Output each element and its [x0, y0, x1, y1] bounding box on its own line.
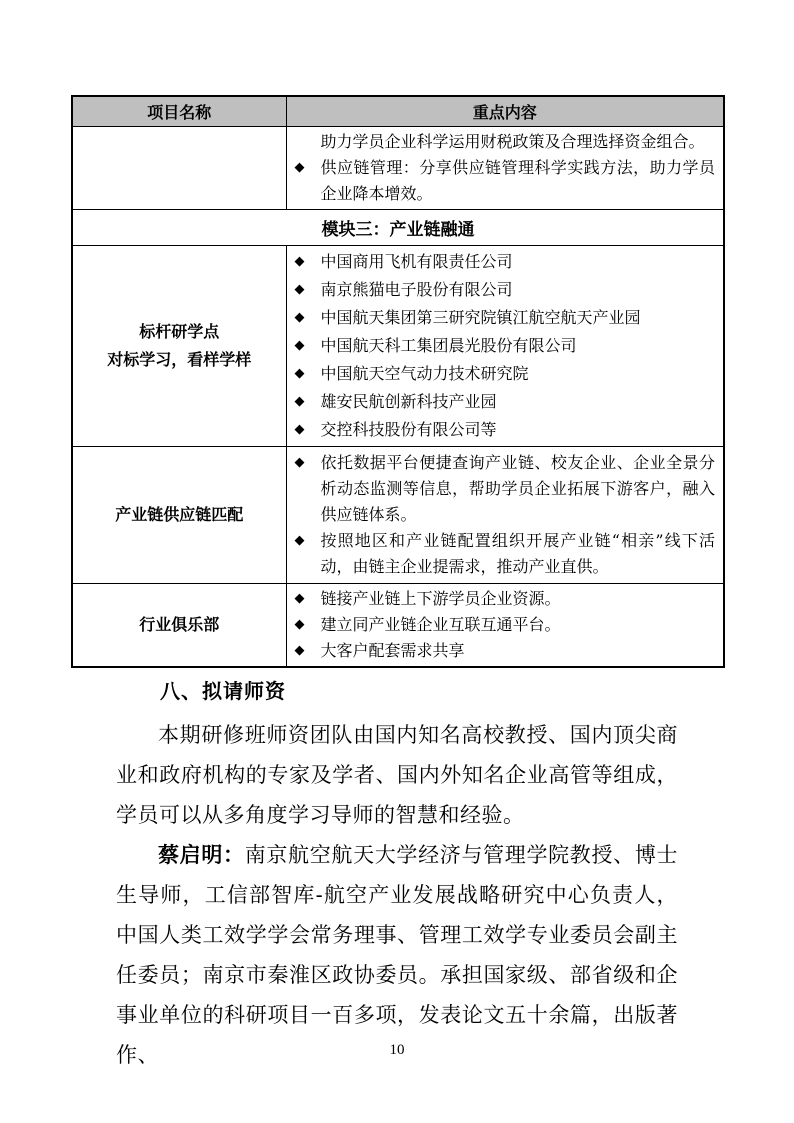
- table-header-row: 项目名称 重点内容: [72, 96, 724, 126]
- table-header-key-content: 重点内容: [286, 96, 724, 126]
- list-item: ◆ 供应链管理：分享供应链管理科学实践方法，助力学员企业降本增效。: [295, 155, 716, 207]
- list-item: ◆ 交控科技股份有限公司等: [295, 416, 716, 444]
- diamond-bullet-icon: ◆: [295, 389, 321, 415]
- bullet-text: 建立同产业链企业互联互通平台。: [321, 612, 716, 638]
- diamond-bullet-icon: ◆: [295, 417, 321, 443]
- diamond-bullet-icon: ◆: [295, 528, 321, 554]
- carryover-continuation-line: 助力学员企业科学运用财税政策及合理选择资金组合。: [295, 129, 716, 155]
- list-item: ◆ 中国航天科工集团晨光股份有限公司: [295, 332, 716, 360]
- list-item: ◆ 按照地区和产业链配置组织开展产业链“相亲”线下活动，由链主企业提需求，推动产…: [295, 528, 716, 580]
- bullet-text: 大客户配套需求共享: [321, 638, 716, 664]
- bullet-text: 雄安民航创新科技产业园: [321, 389, 716, 415]
- table-cell-empty-label: [72, 126, 286, 209]
- section-heading: 八、拟请师资: [160, 678, 678, 706]
- paragraph-faculty-intro: 本期研修班师资团队由国内知名高校教授、国内顶尖商业和政府机构的专家及学者、国内外…: [116, 715, 678, 835]
- table-row-matching: 产业链供应链匹配 ◆ 依托数据平台便捷查询产业链、校友企业、企业全景分析动态监测…: [72, 446, 724, 583]
- diamond-bullet-icon: ◆: [295, 333, 321, 359]
- body-text-section: 八、拟请师资 本期研修班师资团队由国内知名高校教授、国内顶尖商业和政府机构的专家…: [116, 678, 678, 1075]
- table-row-club: 行业俱乐部 ◆ 链接产业链上下游学员企业资源。 ◆ 建立同产业链企业互联互通平台…: [72, 583, 724, 667]
- table-cell-carryover-content: 助力学员企业科学运用财税政策及合理选择资金组合。 ◆ 供应链管理：分享供应链管理…: [286, 126, 724, 209]
- bullet-text: 交控科技股份有限公司等: [321, 417, 716, 443]
- club-bullet-list: ◆ 链接产业链上下游学员企业资源。 ◆ 建立同产业链企业互联互通平台。 ◆ 大客…: [295, 586, 716, 664]
- diamond-bullet-icon: ◆: [295, 305, 321, 331]
- diamond-bullet-icon: ◆: [295, 249, 321, 275]
- diamond-bullet-icon: ◆: [295, 450, 321, 476]
- label-line: 对标学习，看样学样: [73, 346, 286, 374]
- list-item: ◆ 雄安民航创新科技产业园: [295, 388, 716, 416]
- table-row-module-title: 模块三：产业链融通: [72, 209, 724, 245]
- table-cell-club-content: ◆ 链接产业链上下游学员企业资源。 ◆ 建立同产业链企业互联互通平台。 ◆ 大客…: [286, 583, 724, 667]
- list-item: ◆ 中国商用飞机有限责任公司: [295, 248, 716, 276]
- bullet-text: 中国商用飞机有限责任公司: [321, 249, 716, 275]
- page-number: 10: [0, 1042, 794, 1059]
- table-header-project-name: 项目名称: [72, 96, 286, 126]
- list-item: ◆ 建立同产业链企业互联互通平台。: [295, 612, 716, 638]
- table-row-benchmark: 标杆研学点 对标学习，看样学样 ◆ 中国商用飞机有限责任公司 ◆ 南京熊猫电子股…: [72, 245, 724, 446]
- teacher-name-lead: 蔡启明：: [158, 842, 245, 867]
- table-cell-benchmark-content: ◆ 中国商用飞机有限责任公司 ◆ 南京熊猫电子股份有限公司 ◆ 中国航天集团第三…: [286, 245, 724, 446]
- diamond-bullet-icon: ◆: [295, 277, 321, 303]
- bullet-text: 供应链管理：分享供应链管理科学实践方法，助力学员企业降本增效。: [321, 155, 716, 207]
- teacher-bio-text: 南京航空航天大学经济与管理学院教授、博士生导师，工信部智库-航空产业发展战略研究…: [116, 843, 678, 1067]
- module-title: 模块三：产业链融通: [72, 209, 724, 245]
- project-table: 项目名称 重点内容 助力学员企业科学运用财税政策及合理选择资金组合。 ◆ 供应链…: [71, 95, 725, 668]
- table-cell-matching-label: 产业链供应链匹配: [72, 446, 286, 583]
- bullet-text: 南京熊猫电子股份有限公司: [321, 277, 716, 303]
- table-cell-club-label: 行业俱乐部: [72, 583, 286, 667]
- table-row-carryover: 助力学员企业科学运用财税政策及合理选择资金组合。 ◆ 供应链管理：分享供应链管理…: [72, 126, 724, 209]
- bullet-text: 中国航天科工集团晨光股份有限公司: [321, 333, 716, 359]
- paragraph-teacher-bio: 蔡启明：南京航空航天大学经济与管理学院教授、博士生导师，工信部智库-航空产业发展…: [116, 835, 678, 1075]
- list-item: ◆ 南京熊猫电子股份有限公司: [295, 276, 716, 304]
- bullet-text: 中国航天集团第三研究院镇江航空航天产业园: [321, 305, 716, 331]
- list-item: ◆ 中国航天集团第三研究院镇江航空航天产业园: [295, 304, 716, 332]
- diamond-bullet-icon: ◆: [295, 612, 321, 638]
- list-item: ◆ 大客户配套需求共享: [295, 638, 716, 664]
- bullet-text: 按照地区和产业链配置组织开展产业链“相亲”线下活动，由链主企业提需求，推动产业直…: [321, 528, 716, 580]
- table-cell-benchmark-label: 标杆研学点 对标学习，看样学样: [72, 245, 286, 446]
- diamond-bullet-icon: ◆: [295, 155, 321, 181]
- label-line: 标杆研学点: [73, 318, 286, 346]
- document-page: 项目名称 重点内容 助力学员企业科学运用财税政策及合理选择资金组合。 ◆ 供应链…: [0, 0, 794, 1123]
- diamond-bullet-icon: ◆: [295, 586, 321, 612]
- carryover-bullet-list: ◆ 供应链管理：分享供应链管理科学实践方法，助力学员企业降本增效。: [295, 155, 716, 207]
- bullet-text: 依托数据平台便捷查询产业链、校友企业、企业全景分析动态监测等信息，帮助学员企业拓…: [321, 450, 716, 528]
- table-cell-matching-content: ◆ 依托数据平台便捷查询产业链、校友企业、企业全景分析动态监测等信息，帮助学员企…: [286, 446, 724, 583]
- matching-bullet-list: ◆ 依托数据平台便捷查询产业链、校友企业、企业全景分析动态监测等信息，帮助学员企…: [295, 450, 716, 580]
- bullet-text: 中国航天空气动力技术研究院: [321, 361, 716, 387]
- list-item: ◆ 中国航天空气动力技术研究院: [295, 360, 716, 388]
- project-table-wrap: 项目名称 重点内容 助力学员企业科学运用财税政策及合理选择资金组合。 ◆ 供应链…: [71, 95, 723, 668]
- list-item: ◆ 链接产业链上下游学员企业资源。: [295, 586, 716, 612]
- benchmark-bullet-list: ◆ 中国商用飞机有限责任公司 ◆ 南京熊猫电子股份有限公司 ◆ 中国航天集团第三…: [295, 248, 716, 444]
- diamond-bullet-icon: ◆: [295, 361, 321, 387]
- bullet-text: 链接产业链上下游学员企业资源。: [321, 586, 716, 612]
- list-item: ◆ 依托数据平台便捷查询产业链、校友企业、企业全景分析动态监测等信息，帮助学员企…: [295, 450, 716, 528]
- diamond-bullet-icon: ◆: [295, 638, 321, 664]
